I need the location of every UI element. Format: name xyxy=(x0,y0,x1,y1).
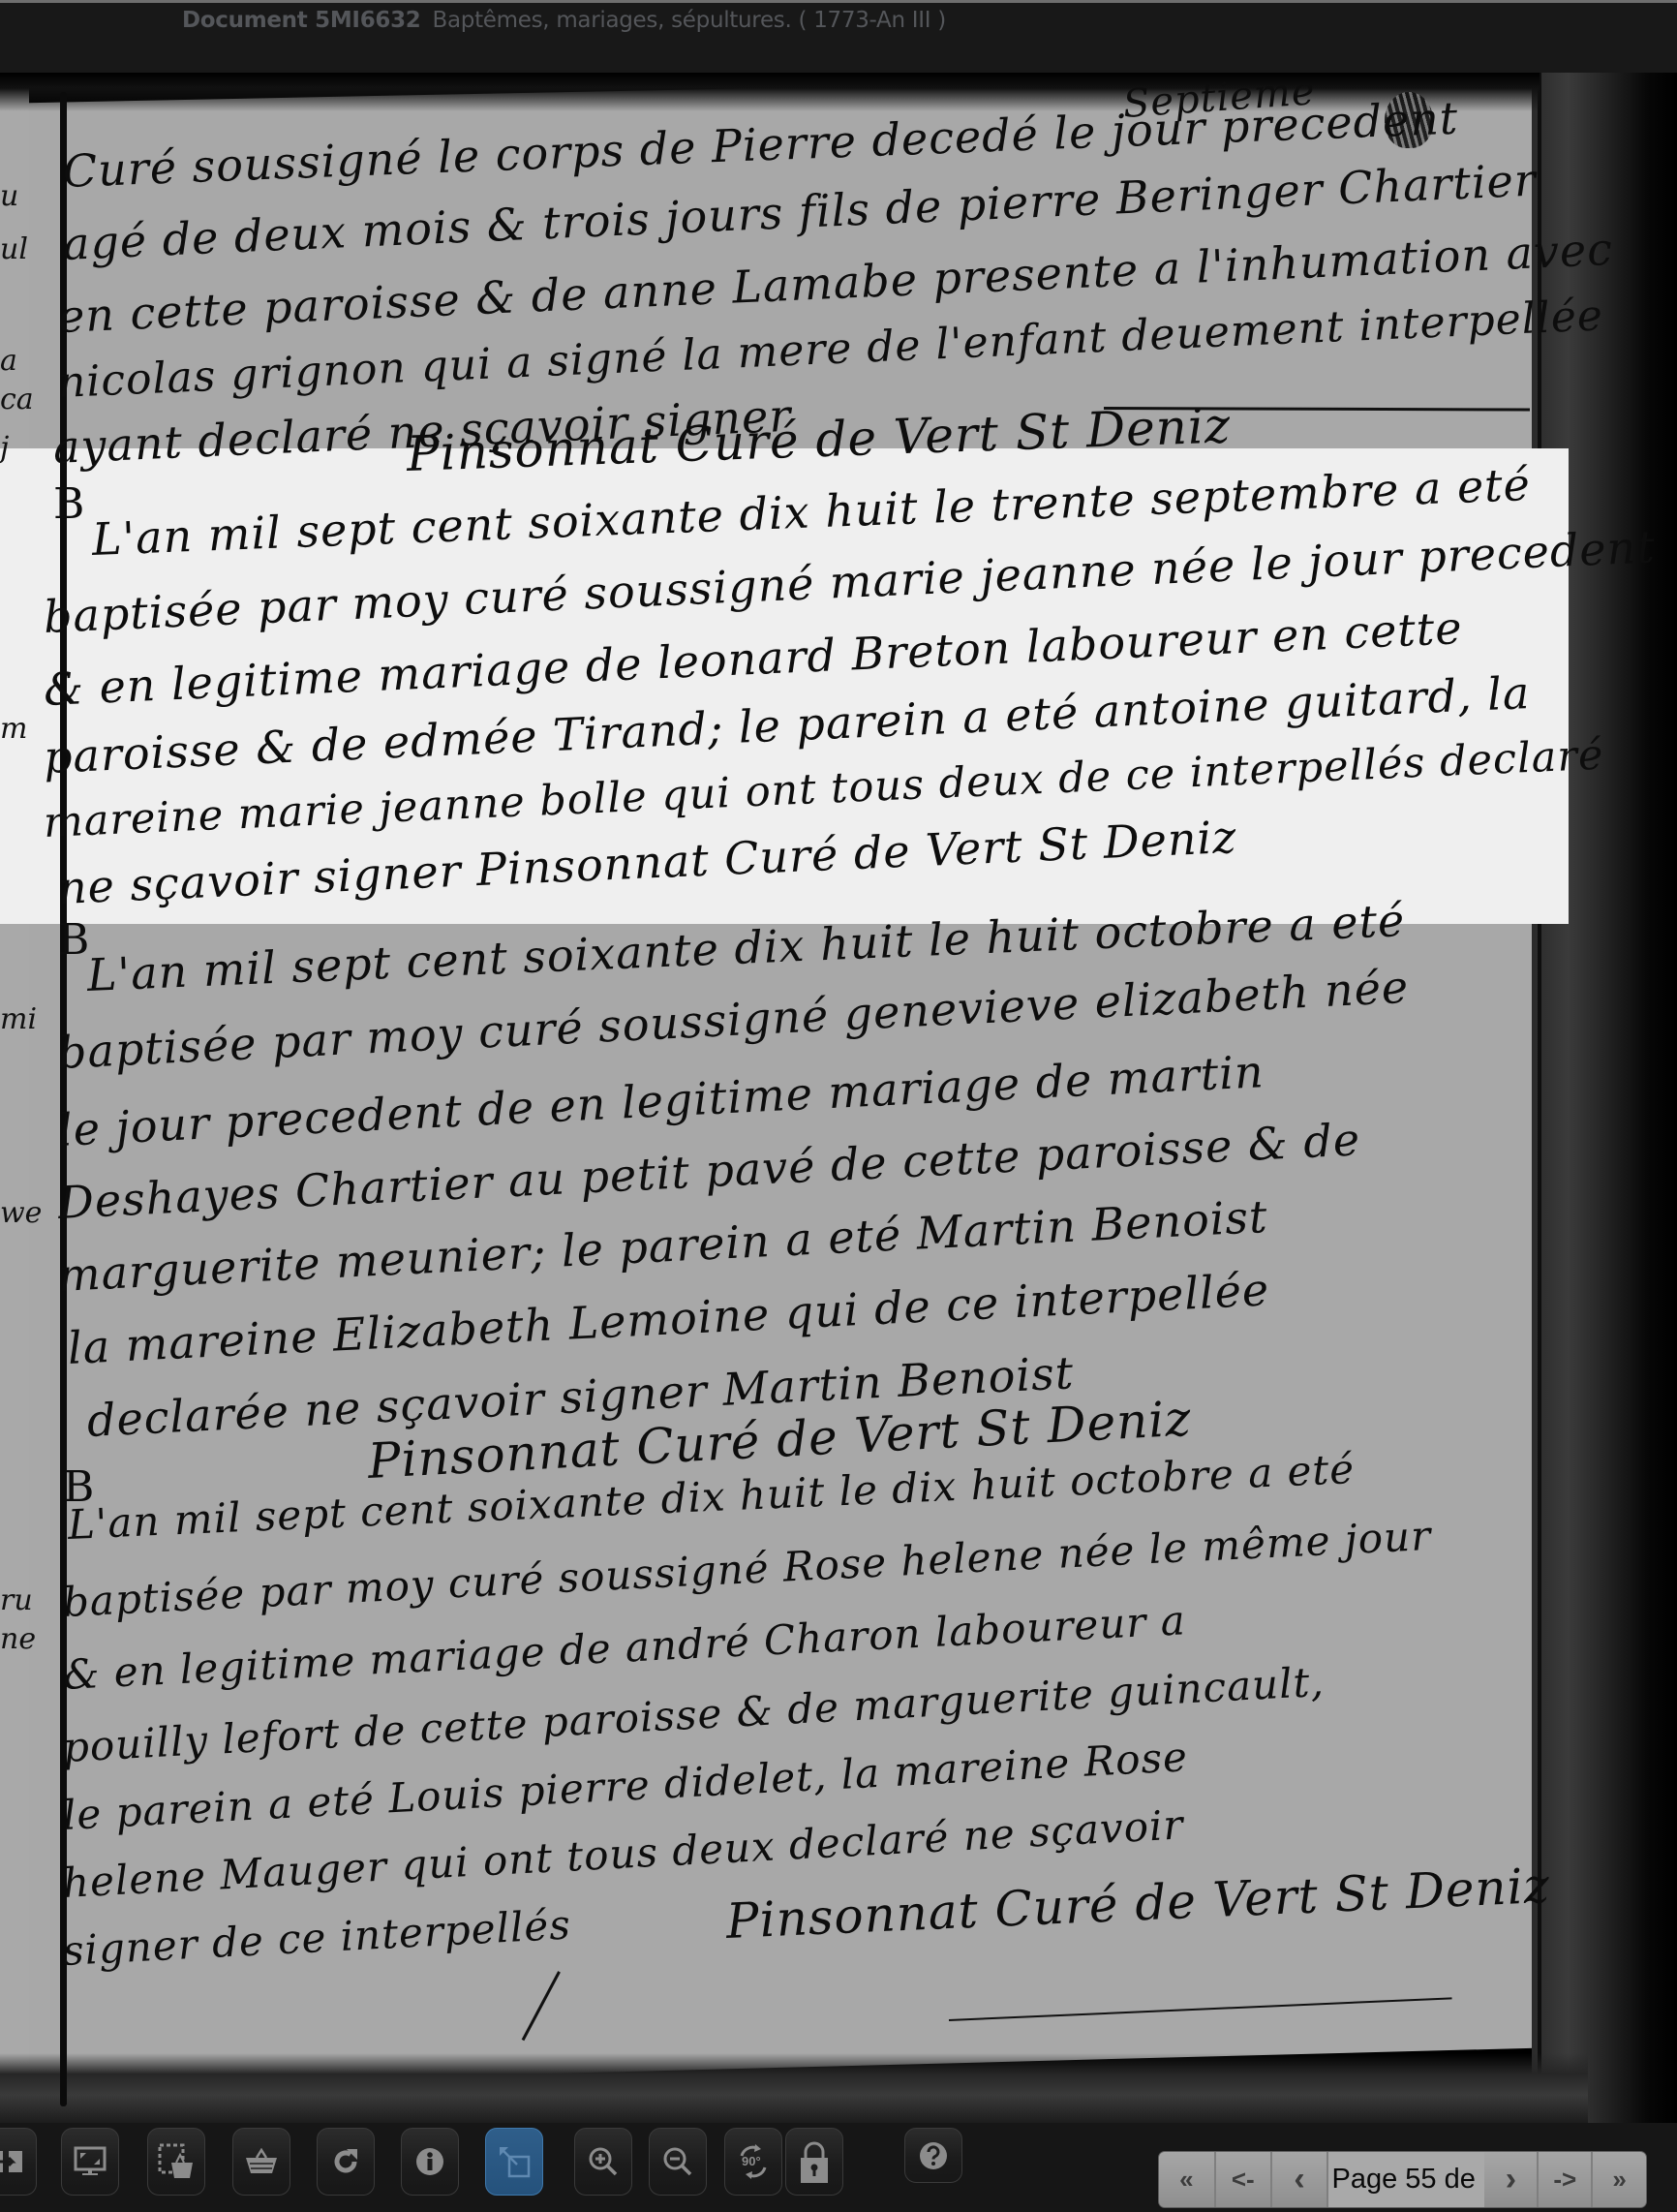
help-icon xyxy=(919,2141,948,2170)
pagination-control: « <- ‹ › -> » xyxy=(1158,2151,1647,2208)
viewer-header: Document 5MI6632Baptêmes, mariages, sépu… xyxy=(0,3,1677,73)
chevron-left-icon: ‹ xyxy=(1294,2161,1304,2198)
lock-button[interactable] xyxy=(785,2128,843,2196)
fit-page-button[interactable] xyxy=(485,2128,543,2196)
zoom-out-icon xyxy=(662,2146,693,2177)
signature-flourish xyxy=(522,1971,561,2041)
margin-mark-baptism: B xyxy=(53,479,85,529)
first-page-button[interactable]: « xyxy=(1159,2152,1216,2207)
chevron-right-icon: › xyxy=(1506,2161,1516,2198)
signature-flourish xyxy=(949,1997,1452,2021)
monitor-fullscreen-icon xyxy=(74,2146,107,2177)
document-id: Document 5MI6632 xyxy=(182,8,421,33)
double-chevron-left-icon: « xyxy=(1179,2165,1193,2195)
help-button[interactable] xyxy=(904,2128,962,2183)
last-page-button[interactable]: » xyxy=(1593,2152,1646,2207)
resize-arrow-icon xyxy=(498,2145,531,2178)
next-page-button[interactable]: › xyxy=(1484,2152,1539,2207)
zoom-in-icon xyxy=(588,2146,619,2177)
jump-back-button[interactable]: <- xyxy=(1216,2152,1272,2207)
rotate-button[interactable]: 90° xyxy=(724,2128,782,2196)
refresh-icon xyxy=(331,2147,360,2176)
fullscreen-button[interactable] xyxy=(61,2128,119,2196)
selection-basket-icon xyxy=(158,2143,195,2180)
basket-button[interactable] xyxy=(232,2128,290,2196)
arrow-right-icon: -> xyxy=(1553,2165,1576,2195)
select-to-basket-button[interactable] xyxy=(147,2128,205,2196)
priest-signature: Pinsonnat Curé de Vert St Deniz xyxy=(725,1858,1551,1950)
zoom-in-button[interactable] xyxy=(574,2128,632,2196)
jump-forward-button[interactable]: -> xyxy=(1539,2152,1593,2207)
document-title: Document 5MI6632Baptêmes, mariages, sépu… xyxy=(182,8,946,33)
document-image-viewer[interactable]: u ul a ca j m mi we ru ne Septieme Curé … xyxy=(0,73,1677,2123)
compare-pages-button[interactable] xyxy=(0,2128,37,2196)
split-arrow-icon xyxy=(0,2147,24,2176)
previous-page-button[interactable]: ‹ xyxy=(1272,2152,1329,2207)
page-number-input[interactable] xyxy=(1328,2152,1484,2207)
arrow-left-icon: <- xyxy=(1232,2165,1255,2195)
zoom-out-button[interactable] xyxy=(649,2128,707,2196)
lock-icon xyxy=(800,2140,829,2183)
refresh-button[interactable] xyxy=(317,2128,375,2196)
rotate-90-icon: 90° xyxy=(736,2144,771,2179)
info-icon xyxy=(415,2147,444,2176)
manuscript-text: Septieme Curé soussigné le corps de Pier… xyxy=(0,73,1569,2123)
info-button[interactable] xyxy=(401,2128,459,2196)
basket-icon xyxy=(245,2148,278,2175)
manuscript-line: signer de ce interpellés xyxy=(62,1901,572,1975)
double-chevron-right-icon: » xyxy=(1612,2165,1626,2195)
document-description: Baptêmes, mariages, sépultures. ( 1773-A… xyxy=(433,8,946,33)
rotate-label: 90° xyxy=(742,2154,761,2168)
